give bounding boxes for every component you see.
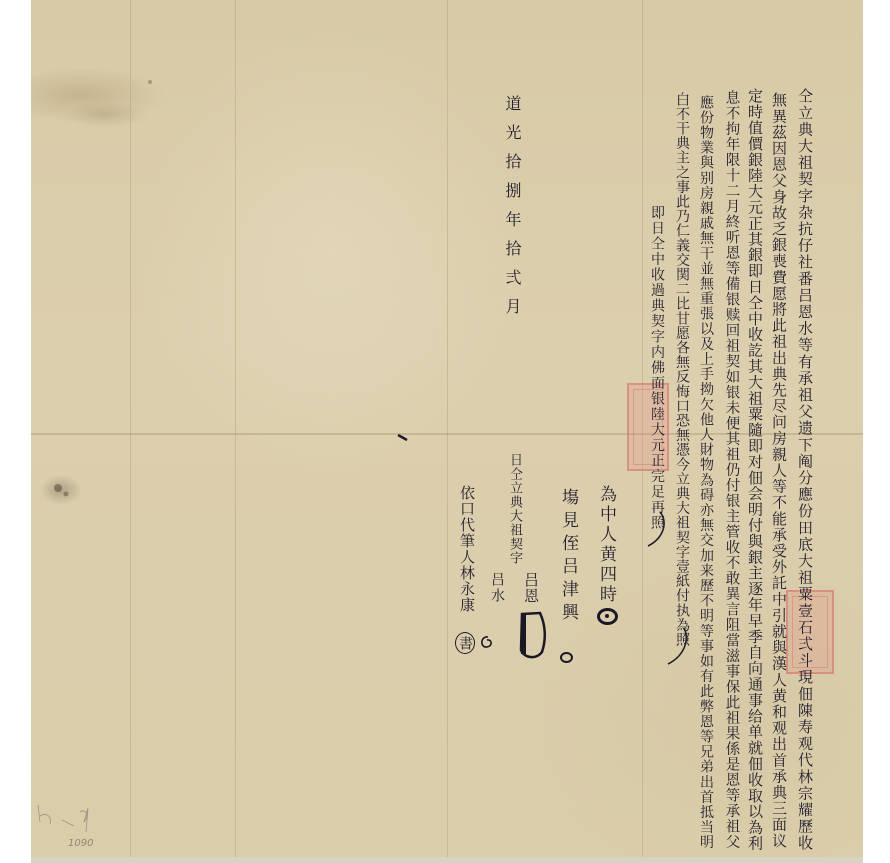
scribe-mark-icon: 書 bbox=[455, 632, 475, 654]
deed-text-column-1: 仝立典大祖契字杂抗仔社番吕恩水等有承祖父遗下阄分應份田底大祖粟壹石弍斗現佃陳寿观… bbox=[797, 88, 812, 852]
witness-signature: 塲見侄吕津興 bbox=[559, 488, 576, 626]
deed-receipt-note: 即日仝中收過典契字内佛面银陸大元正完足再照 bbox=[650, 205, 664, 531]
deed-date: 道光拾捌年拾弍月 bbox=[504, 95, 520, 327]
deed-text-column-5: 應份物業與别房親戚無干並無重張以及上手拗欠他人財物為碍亦無交加来歷不明等事如有此… bbox=[699, 95, 713, 850]
deed-text-column-6: 白不干典主之事此乃仁義交関二比甘愿各無反悔口恐無憑今立典大祖契字壹紙付执為照 bbox=[675, 92, 689, 647]
scribe-signature: 依口代筆人林永康 bbox=[459, 485, 474, 613]
witness-mark-icon bbox=[560, 652, 573, 663]
pencil-catalog-number: 1090 bbox=[68, 838, 93, 849]
deed-text-column-2: 無異茲因恩父身故乏銀喪費愿將此祖出典先尽问房親人等不能承受外託中引就與漢人黄和观… bbox=[771, 92, 786, 849]
middleman-signature: 為中人黄四時 bbox=[597, 485, 614, 605]
deed-text-column-4: 息不拘年限十二月終听恩等備银赎回祖契如银未便其祖仍付银主管收不敢異言阻當滋事保此… bbox=[724, 90, 739, 850]
bottom-edge bbox=[31, 857, 863, 863]
grantor-2-signature: 吕水 bbox=[490, 572, 504, 604]
middleman-mark-dot bbox=[605, 614, 609, 618]
deed-text-column-3: 定時值價銀陸大元正其銀即日仝中收訖其大祖粟隨即对佃会明付與銀主逐年早季自向通事给… bbox=[747, 88, 762, 851]
grantor-1-signature: 吕恩 bbox=[523, 572, 538, 604]
fold-crease-vertical bbox=[130, 0, 131, 857]
grantor-heading: 日仝立典大祖契字 bbox=[508, 453, 521, 565]
fold-crease-vertical bbox=[447, 0, 448, 857]
fold-crease-vertical bbox=[235, 0, 236, 857]
